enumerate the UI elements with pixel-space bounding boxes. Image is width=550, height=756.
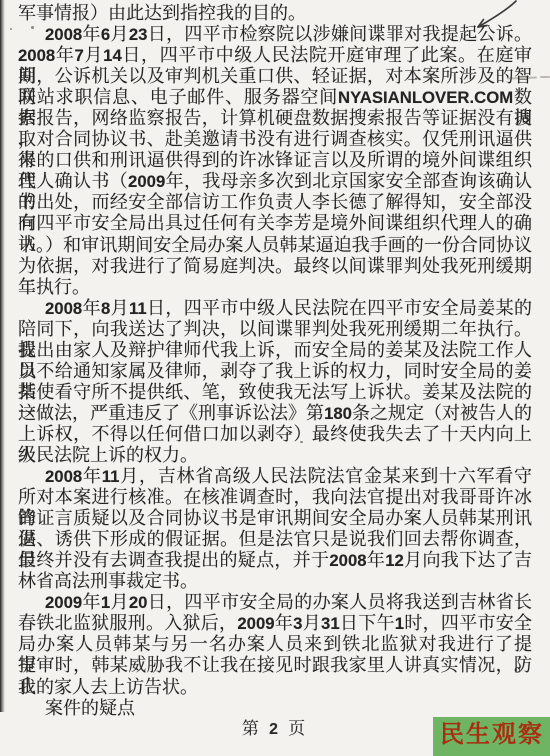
watermark-stamp: 民生观察: [433, 717, 550, 756]
latin-text: 11: [102, 467, 120, 486]
text-line: 提出由家人及辩护律师代我上诉，而安全局的姜某及法院工作人员: [18, 340, 532, 361]
text-line: 供、诱供下形成的假证据。但是法官只是说我们回去帮你调查，但: [18, 529, 532, 550]
text-line: 间，公诉机关以及审判机关重口供、轻证据，对本案所涉及的智联: [18, 66, 532, 87]
text-line: 2008年6月23日，四平市检察院以涉嫌间谍罪对我提起公诉。: [18, 24, 532, 45]
text-line: 的出处，而经安全部信访工作负责人李长德了解得知，安全部没有: [18, 192, 532, 213]
text-line: 2008年8月11日，四平市中级人民法院在四平市安全局姜某的: [18, 298, 532, 319]
latin-text: NYASIANLOVER.COM: [338, 88, 513, 107]
text-line: 陪同下，向我送达了判决，以间谍罪判处我死刑缓期二年执行。我: [18, 319, 532, 340]
document-page: 军事情报）由此达到指控我的目的。2008年6月23日，四平市检察院以涉嫌间谍罪对…: [0, 0, 550, 756]
latin-text: 7: [75, 46, 84, 65]
text-line: 向四平市安全局出具过任何有关李芳是境外间谍组织代理人的确认: [18, 213, 532, 234]
text-line: 来的口供和刑讯逼供得到的许冰锋证言以及所谓的境外间谍组织代: [18, 150, 532, 171]
latin-text: 1: [395, 614, 404, 633]
ink-speck: [10, 28, 12, 30]
latin-text: 20: [129, 593, 148, 612]
text-line: 我的家人去上访告状。: [18, 677, 532, 698]
latin-text: 6: [101, 25, 110, 44]
text-line: ，对合同协议书、赴美邀请书没有进行调查核实。仅凭刑讯逼供得: [18, 129, 532, 150]
text-line: 2009年1月20日，四平市安全局的办案人员将我送到吉林省长: [18, 592, 532, 613]
latin-text: 2008: [45, 25, 82, 44]
scan-dash-mark: [540, 76, 550, 78]
text-line: 上诉权，不得以任何借口加以剥夺）最终使我失去了十天内向上级: [18, 424, 532, 445]
text-line: 林省高法刑事裁定书。: [18, 571, 532, 592]
latin-text: 8: [101, 299, 110, 318]
latin-text: 2008: [45, 467, 82, 486]
text-line: 所对本案进行核准。在核准调查时，我向法官提出对我哥哥许冰锋: [18, 487, 532, 508]
scan-edge-shadow: [0, 0, 5, 712]
latin-text: 23: [129, 25, 148, 44]
latin-text: 2008: [45, 299, 82, 318]
text-line: 索报告，网络监察报告，计算机硬盘数据搜索报告等证据没有调取: [18, 108, 532, 129]
text-line: 人民法院上诉的权力。: [18, 445, 532, 466]
latin-text: 2008: [329, 551, 366, 570]
latin-text: 2009: [128, 172, 165, 191]
latin-text: 1: [101, 593, 110, 612]
text-line: 2008年11月，吉林省高级人民法院法官金某来到十六军看守: [18, 466, 532, 487]
text-line: 提审时，韩某威胁我不让我在接见时跟我家里人讲真实情况，防止: [18, 655, 532, 676]
latin-text: 11: [129, 299, 147, 318]
latin-text: 2008: [18, 46, 55, 65]
latin-text: 14: [103, 46, 122, 65]
text-line: 局办案人员韩某与另一名办案人员来到铁北监狱对我进行了提审。: [18, 634, 532, 655]
text-line: 春铁北监狱服刑。入狱后，2009年3月31日下午1时，四平市安全: [18, 613, 532, 634]
latin-text: 31: [321, 614, 340, 633]
latin-text: 12: [385, 551, 404, 570]
latin-text: 180: [324, 404, 352, 423]
text-line: 最终并没有去调查我提出的疑点，并于2008年12月向我下达了吉: [18, 550, 532, 571]
text-line: 2008年7月14日，四平市中级人民法院开庭审理了此案。在庭审期: [18, 45, 532, 66]
text-line: 指使看守所不提供纸、笔，致使我无法写上诉状。姜某及法院的这: [18, 382, 532, 403]
text-line: 年执行。: [18, 277, 532, 298]
text-line: 军事情报）由此达到指控我的目的。: [18, 3, 532, 24]
text-line: 一做法，严重违反了《刑事诉讼法》第180条之规定（对被告人的: [18, 403, 532, 424]
text-line: 网站求职信息、电子邮件、服务器空间NYASIANLOVER.COM数据搜: [18, 87, 532, 108]
body-text: 军事情报）由此达到指控我的目的。2008年6月23日，四平市检察院以涉嫌间谍罪对…: [18, 3, 532, 719]
text-line: 为依据，对我进行了简易庭判决。最终以间谍罪判处我死刑缓期二: [18, 256, 532, 277]
latin-text: 2009: [237, 614, 274, 633]
latin-text: 2: [269, 721, 281, 738]
text-line: 的证言质疑以及合同协议书是审讯期间安全局办案人员韩某刑讯逼: [18, 508, 532, 529]
text-line: 书。）和审讯期间安全局办案人员韩某逼迫我手画的一份合同协议: [18, 235, 532, 256]
latin-text: 3: [293, 614, 302, 633]
text-line: 理人确认书（2009年，我母亲多次到北京国家安全部查询该确认书: [18, 171, 532, 192]
latin-text: 2009: [45, 593, 82, 612]
text-line: 以不给通知家属及律师，剥夺了我上诉的权力，同时安全局的姜某: [18, 361, 532, 382]
